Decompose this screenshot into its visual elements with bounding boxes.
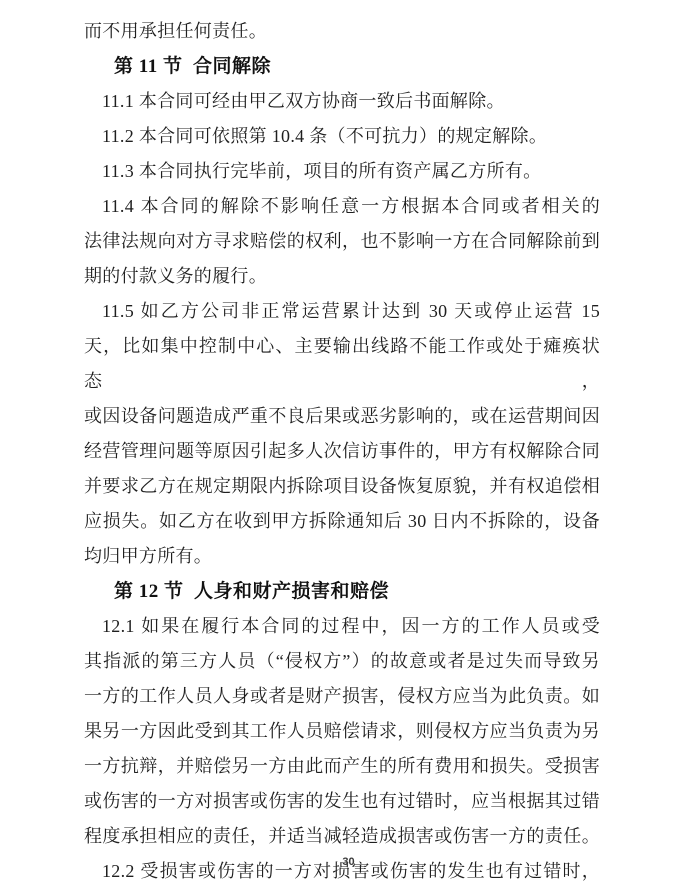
- paragraph: 12.1 如果在履行本合同的过程中，因一方的工作人员或受其指派的第三方人员（“侵…: [84, 609, 600, 854]
- section-heading: 第 11 节 合同解除: [84, 49, 600, 84]
- paragraph-line: 一方的工作人员人身或者是财产损害，侵权方应当为此负责。如: [84, 679, 600, 714]
- paragraph-line: 11.1 本合同可经由甲乙双方协商一致后书面解除。: [84, 84, 600, 119]
- paragraph: 11.4 本合同的解除不影响任意一方根据本合同或者相关的法律法规向对方寻求赔偿的…: [84, 189, 600, 294]
- paragraph-line: 均归甲方所有。: [84, 539, 600, 574]
- paragraph-line: 并要求乙方在规定期限内拆除项目设备恢复原貌，并有权追偿相: [84, 469, 600, 504]
- paragraph-line: 经营管理问题等原因引起多人次信访事件的，甲方有权解除合同: [84, 434, 600, 469]
- paragraph-line: 果另一方因此受到其工作人员赔偿请求，则侵权方应当负责为另: [84, 714, 600, 749]
- paragraph: 而不用承担任何责任。: [84, 14, 600, 49]
- paragraph-line: 11.3 本合同执行完毕前，项目的所有资产属乙方所有。: [84, 154, 600, 189]
- document-page: 而不用承担任何责任。第 11 节 合同解除11.1 本合同可经由甲乙双方协商一致…: [0, 0, 697, 884]
- paragraph-line: 11.4 本合同的解除不影响任意一方根据本合同或者相关的: [84, 189, 600, 224]
- paragraph-line: 或因设备问题造成严重不良后果或恶劣影响的，或在运营期间因: [84, 399, 600, 434]
- paragraph: 11.3 本合同执行完毕前，项目的所有资产属乙方所有。: [84, 154, 600, 189]
- paragraph-line: 程度承担相应的责任，并适当减轻造成损害或伤害一方的责任。: [84, 819, 600, 854]
- section-heading: 第 12 节 人身和财产损害和赔偿: [84, 574, 600, 609]
- paragraph-line: 其指派的第三方人员（“侵权方”）的故意或者是过失而导致另: [84, 644, 600, 679]
- document-body: 而不用承担任何责任。第 11 节 合同解除11.1 本合同可经由甲乙双方协商一致…: [84, 14, 600, 884]
- paragraph-line: 应损失。如乙方在收到甲方拆除通知后 30 日内不拆除的，设备: [84, 504, 600, 539]
- paragraph-line: 11.2 本合同可依照第 10.4 条（不可抗力）的规定解除。: [84, 119, 600, 154]
- page-number: 30: [0, 852, 697, 872]
- paragraph-line: 期的付款义务的履行。: [84, 259, 600, 294]
- paragraph: 11.1 本合同可经由甲乙双方协商一致后书面解除。: [84, 84, 600, 119]
- paragraph: 11.5 如乙方公司非正常运营累计达到 30 天或停止运营 15天，比如集中控制…: [84, 294, 600, 574]
- paragraph-line: 12.1 如果在履行本合同的过程中，因一方的工作人员或受: [84, 609, 600, 644]
- paragraph-line: 而不用承担任何责任。: [84, 14, 600, 49]
- paragraph-line: 或伤害的一方对损害或伤害的发生也有过错时，应当根据其过错: [84, 784, 600, 819]
- paragraph-line: 法律法规向对方寻求赔偿的权利，也不影响一方在合同解除前到: [84, 224, 600, 259]
- paragraph-line: 一方抗辩，并赔偿另一方由此而产生的所有费用和损失。受损害: [84, 749, 600, 784]
- paragraph-line: 11.5 如乙方公司非正常运营累计达到 30 天或停止运营 15: [84, 294, 600, 329]
- paragraph-line: 天，比如集中控制中心、主要输出线路不能工作或处于瘫痪状态，: [84, 329, 600, 399]
- paragraph: 11.2 本合同可依照第 10.4 条（不可抗力）的规定解除。: [84, 119, 600, 154]
